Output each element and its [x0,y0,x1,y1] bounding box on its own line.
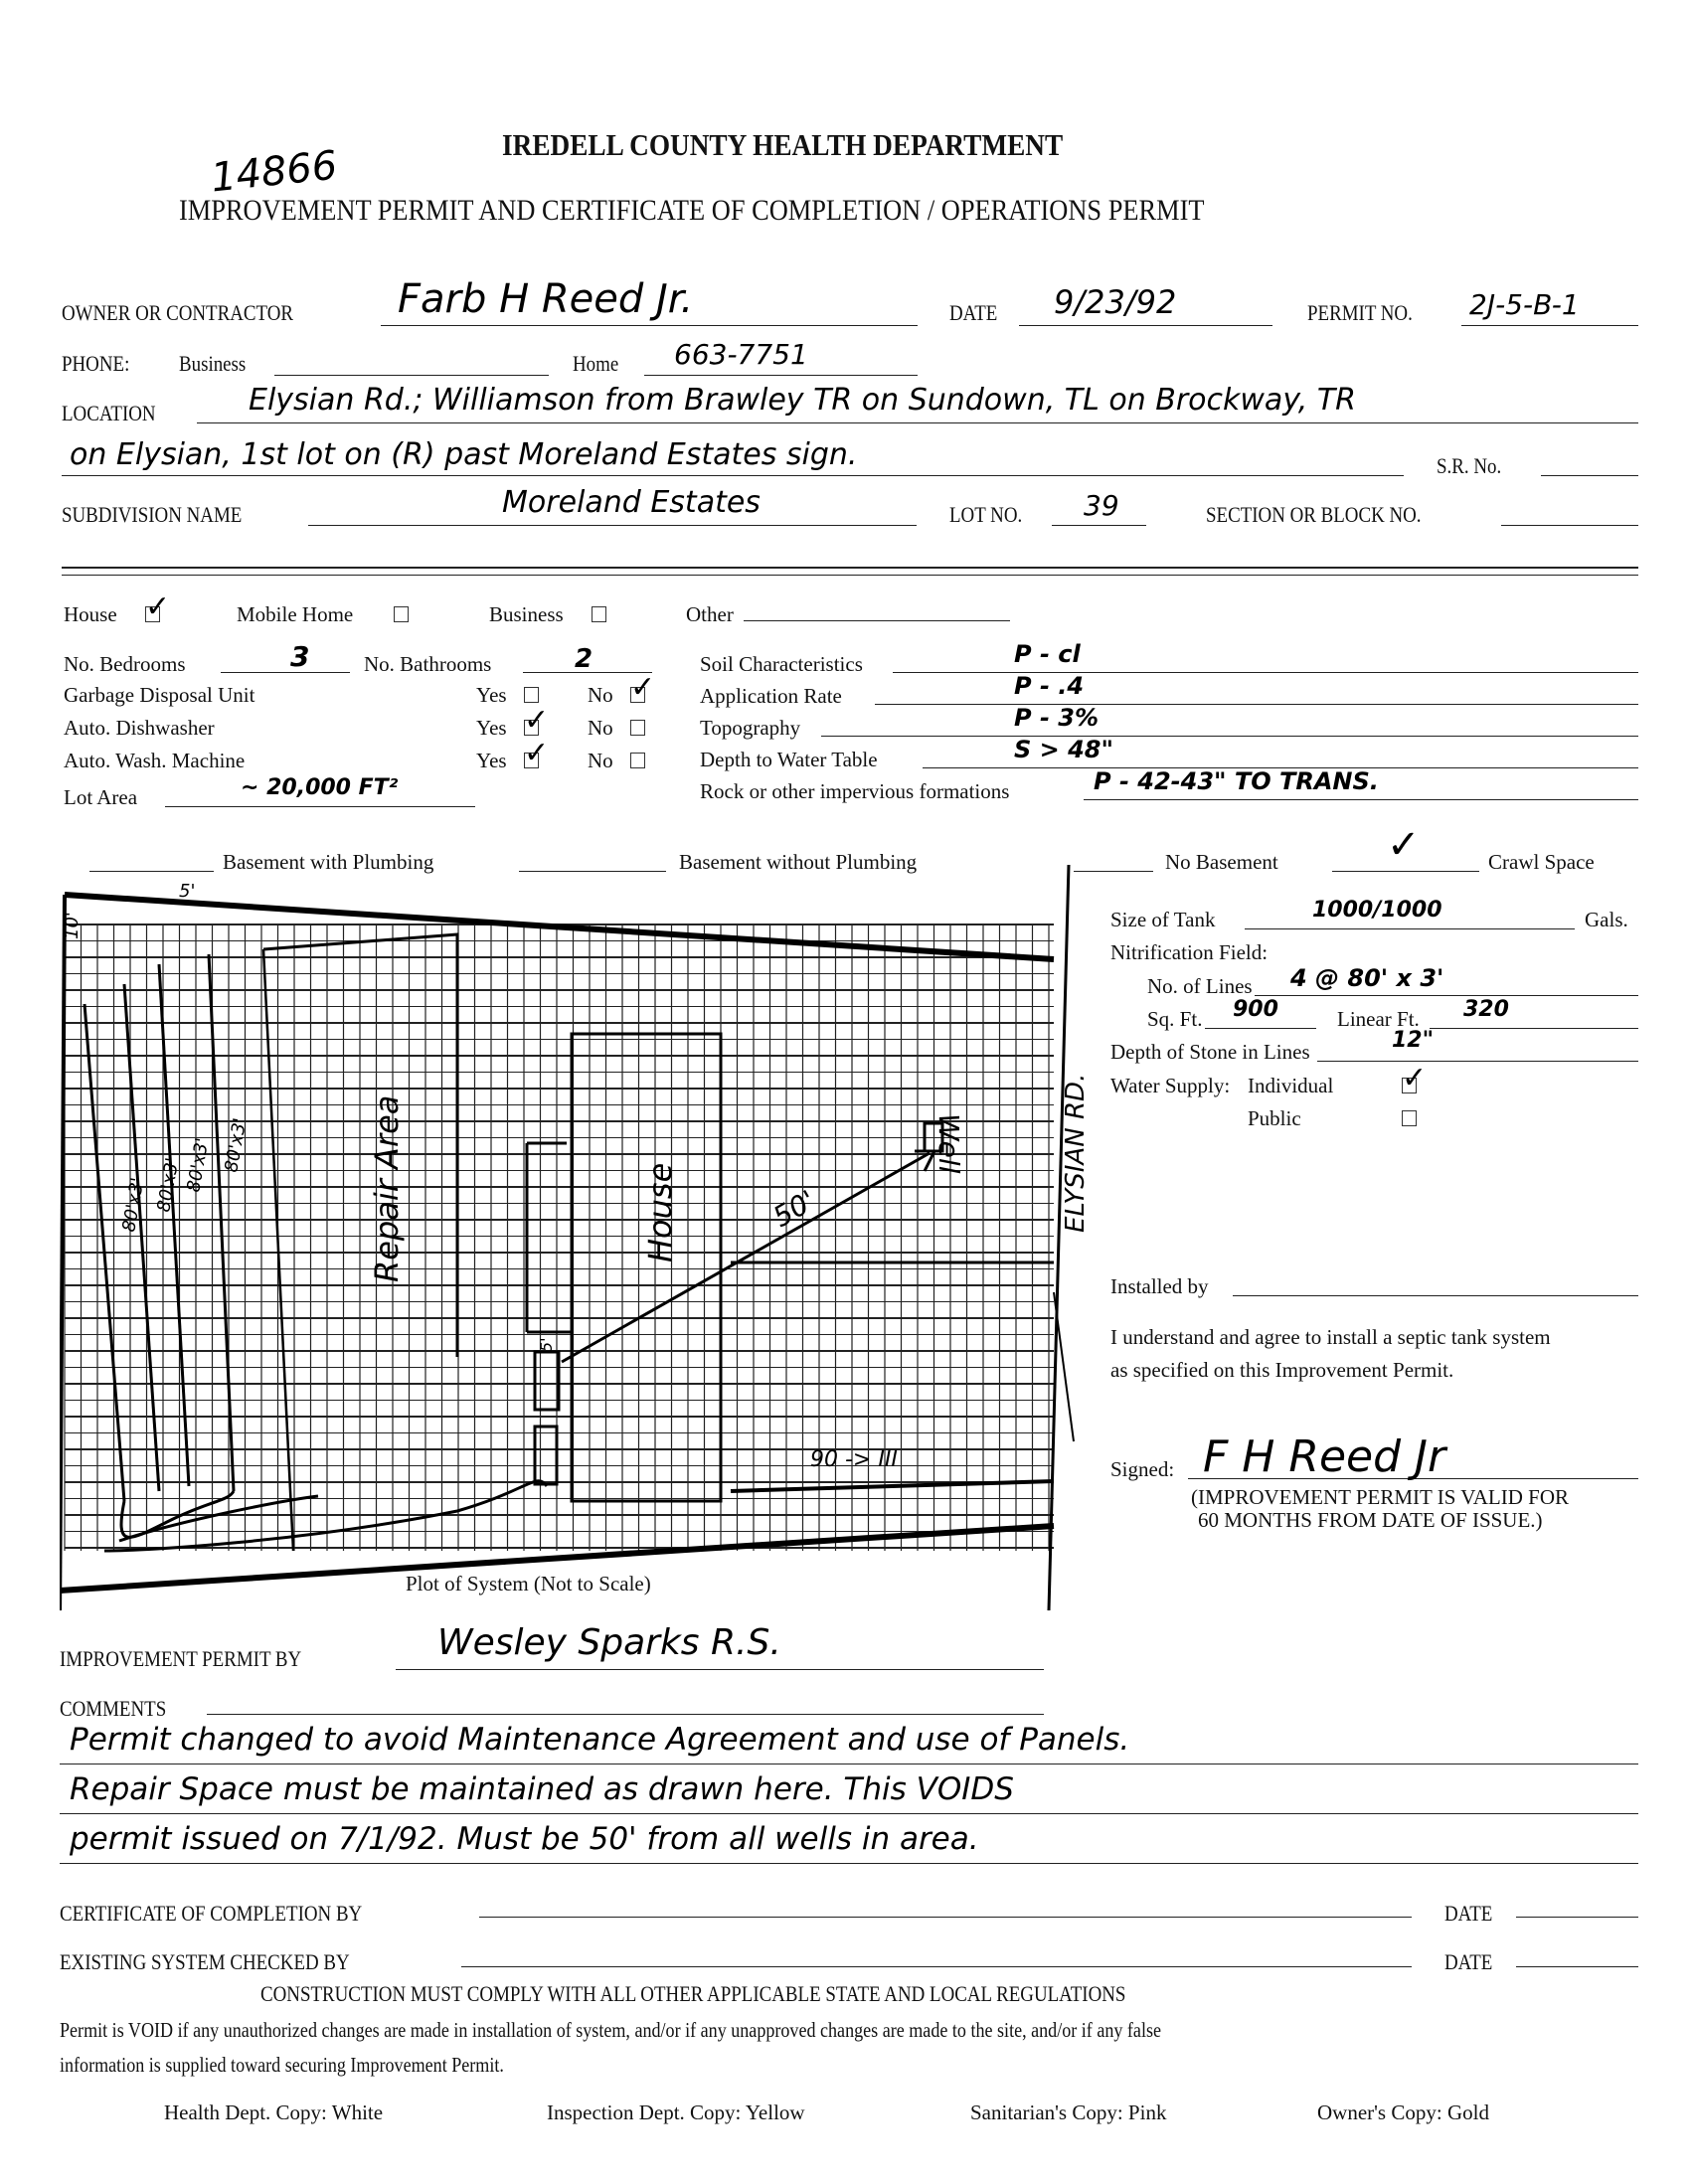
bathrooms-value: 2 [575,644,593,674]
copy-label: Health Dept. Copy: White [164,2100,383,2125]
comments-label: COMMENTS [60,1696,166,1722]
soil-value: P - 3% [1014,704,1099,732]
section-field[interactable] [1501,525,1638,526]
certificate-label: CERTIFICATE OF COMPLETION BY [60,1901,362,1927]
permit-by-label: IMPROVEMENT PERMIT BY [60,1646,301,1672]
location-value-line2: on Elysian, 1st lot on (R) past Moreland… [70,437,857,472]
public-label: Public [1248,1106,1301,1131]
comment-line: Permit changed to avoid Maintenance Agre… [70,1722,1129,1758]
comment-rule[interactable] [60,1813,1638,1814]
certificate-date-field[interactable] [1516,1917,1638,1918]
certificate-field[interactable] [479,1917,1412,1918]
comment-line: Repair Space must be maintained as drawn… [70,1771,1014,1807]
soil-value: P - 42-43" TO TRANS. [1094,767,1379,795]
business-phone-label: Business [179,351,246,377]
lines-field[interactable] [1255,995,1638,996]
lines-value: 4 @ 80' x 3' [1290,964,1443,992]
home-phone-value: 663-7751 [674,338,808,371]
yes-label: Yes [476,716,507,741]
svg-text:5': 5' [179,881,195,902]
location-label: LOCATION [62,401,156,426]
section-divider-2 [62,575,1638,576]
signed-label: Signed: [1110,1457,1174,1482]
svg-text:Well: Well [932,1113,965,1174]
svg-text:90 -> III: 90 -> III [810,1447,898,1472]
svg-text:50': 50' [767,1184,821,1234]
yes-check-mark: ✓ [524,739,549,768]
svg-text:Repair Area: Repair Area [368,1095,406,1282]
home-phone-field[interactable] [644,375,918,376]
copy-label: Owner's Copy: Gold [1317,2100,1489,2125]
lines-label: No. of Lines [1147,974,1253,999]
agency-title: IREDELL COUNTY HEALTH DEPARTMENT [502,127,1063,163]
agreement-line1: I understand and agree to install a sept… [1110,1325,1551,1350]
comment-rule[interactable] [60,1764,1638,1764]
subdivision-label: SUBDIVISION NAME [62,502,242,528]
lot-area-value: ~ 20,000 FT² [241,775,398,800]
house-check-mark: ✓ [145,592,170,622]
stone-depth-value: 12" [1392,1028,1434,1053]
section-label: SECTION OR BLOCK NO. [1206,502,1422,528]
svg-text:House: House [641,1163,679,1262]
soil-label: Topography [700,716,800,741]
location-value-line1: Elysian Rd.; Williamson from Brawley TR … [249,383,1356,418]
soil-field[interactable] [893,672,1638,673]
svg-text:5': 5' [537,1337,556,1352]
comment-line: permit issued on 7/1/92. Must be 50' fro… [70,1821,979,1857]
existing-date-field[interactable] [1516,1966,1638,1967]
installed-by-label: Installed by [1110,1274,1209,1299]
subdivision-field[interactable] [308,525,917,526]
comment-rule[interactable] [60,1863,1638,1864]
house-label: House [64,602,117,627]
yes-label: Yes [476,683,507,708]
soil-label: Rock or other impervious formations [700,779,1009,804]
bedrooms-field[interactable] [221,672,350,673]
soil-field[interactable] [875,704,1638,705]
linear-ft-field[interactable] [1430,1028,1638,1029]
yes-label: Yes [476,749,507,773]
public-checkbox[interactable] [1402,1110,1417,1126]
permit-no-value: 2J-5-B-1 [1469,288,1580,321]
appliance-label: Auto. Wash. Machine [64,749,245,773]
subdivision-value: Moreland Estates [502,485,761,520]
individual-label: Individual [1248,1074,1333,1098]
no-label: No [588,749,613,773]
soil-label: Application Rate [700,684,842,709]
date-field[interactable] [1019,325,1272,326]
comments-field[interactable] [207,1714,1044,1715]
business-phone-field[interactable] [274,375,549,376]
crawl-space-label: Crawl Space [1488,850,1595,875]
svg-text:10': 10' [62,912,83,939]
copy-label: Sanitarian's Copy: Pink [970,2100,1166,2125]
existing-system-field[interactable] [461,1966,1412,1967]
yes-check-mark: ✓ [524,706,549,736]
bathrooms-label: No. Bathrooms [364,652,491,677]
validity-line1: (IMPROVEMENT PERMIT IS VALID FOR [1191,1485,1569,1510]
void-notice-line1: Permit is VOID if any unauthorized chang… [60,2018,1161,2043]
soil-value: P - cl [1014,640,1081,668]
soil-field[interactable] [1084,799,1638,800]
soil-field[interactable] [821,736,1638,737]
sr-no-field[interactable] [1541,475,1638,476]
mobile-home-label: Mobile Home [237,602,353,627]
soil-value: P - .4 [1014,672,1084,700]
home-phone-label: Home [573,351,618,377]
business-checkbox[interactable] [592,606,606,622]
tank-size-value: 1000/1000 [1312,898,1442,923]
signature-value: F H Reed Jr [1203,1431,1445,1482]
owner-field[interactable] [381,325,918,326]
phone-label: PHONE: [62,351,129,377]
void-notice-line2: information is supplied toward securing … [60,2053,504,2078]
permit-no-label: PERMIT NO. [1307,300,1413,326]
agreement-line2: as specified on this Improvement Permit. [1110,1358,1453,1383]
bedrooms-value: 3 [290,640,309,673]
no-basement-label: No Basement [1165,850,1278,875]
copy-label: Inspection Dept. Copy: Yellow [547,2100,805,2125]
individual-check-mark: ✓ [1402,1064,1427,1093]
location-field-line2[interactable] [62,475,1404,476]
other-label: Other [686,602,734,627]
location-field-line1[interactable] [197,422,1638,423]
owner-value: Farb H Reed Jr. [398,276,693,322]
compliance-notice: CONSTRUCTION MUST COMPLY WITH ALL OTHER … [260,1981,1125,2007]
appliance-label: Garbage Disposal Unit [64,683,254,708]
no-label: No [588,716,613,741]
tank-unit-label: Gals. [1585,908,1628,932]
svg-text:80'x3': 80'x3' [183,1136,213,1194]
lot-no-label: LOT NO. [949,502,1022,528]
crawl-space-field[interactable] [1332,871,1479,872]
sr-no-label: S.R. No. [1437,453,1501,479]
existing-system-label: EXISTING SYSTEM CHECKED BY [60,1949,350,1975]
nitrification-label: Nitrification Field: [1110,940,1268,965]
plot-caption: Plot of System (Not to Scale) [406,1572,651,1596]
sqft-label: Sq. Ft. [1147,1007,1202,1032]
lot-area-label: Lot Area [64,785,137,810]
certificate-date-label: DATE [1444,1901,1492,1927]
date-label: DATE [949,300,997,326]
permit-no-field[interactable] [1461,325,1638,326]
permit-by-value: Wesley Sparks R.S. [437,1622,781,1663]
soil-label: Soil Characteristics [700,652,863,677]
permit-by-field[interactable] [396,1669,1044,1670]
soil-value: S > 48" [1014,736,1113,763]
stone-depth-field[interactable] [1317,1061,1638,1062]
water-supply-label: Water Supply: [1110,1074,1230,1098]
file-number: 14866 [209,142,339,201]
yes-checkbox[interactable] [524,687,539,703]
installed-by-field[interactable] [1233,1295,1638,1296]
crawl-space-check-mark: ✓ [1387,825,1421,865]
appliance-label: Auto. Dishwasher [64,716,215,741]
no-checkbox[interactable] [630,720,645,736]
sqft-value: 900 [1233,997,1278,1022]
lot-area-field[interactable] [165,806,475,807]
lot-no-field[interactable] [1052,525,1146,526]
svg-text:ELYSIAN RD.: ELYSIAN RD. [1061,1074,1091,1233]
existing-date-label: DATE [1444,1949,1492,1975]
tank-size-label: Size of Tank [1110,908,1215,932]
no-check-mark: ✓ [630,673,655,703]
mobile-home-checkbox[interactable] [394,606,409,622]
stone-depth-label: Depth of Stone in Lines [1110,1040,1310,1065]
lot-no-value: 39 [1084,489,1119,522]
svg-text:80'x3': 80'x3' [118,1176,148,1234]
validity-line2: 60 MONTHS FROM DATE OF ISSUE.) [1198,1508,1543,1533]
soil-label: Depth to Water Table [700,748,878,772]
date-value: 9/23/92 [1054,283,1176,321]
form-title: IMPROVEMENT PERMIT AND CERTIFICATE OF CO… [179,194,1205,228]
no-label: No [588,683,613,708]
system-plot-diagram: Repair Area House Well 50' ELYSIAN RD. 9… [60,855,1133,1610]
other-field[interactable] [744,620,1010,621]
no-checkbox[interactable] [630,753,645,768]
business-label: Business [489,602,564,627]
sqft-field[interactable] [1205,1028,1316,1029]
tank-size-field[interactable] [1245,928,1575,929]
svg-text:80'x3': 80'x3' [221,1116,251,1174]
linear-ft-value: 320 [1463,997,1509,1022]
section-divider [62,567,1638,569]
owner-label: OWNER OR CONTRACTOR [62,300,293,326]
bedrooms-label: No. Bedrooms [64,652,186,677]
